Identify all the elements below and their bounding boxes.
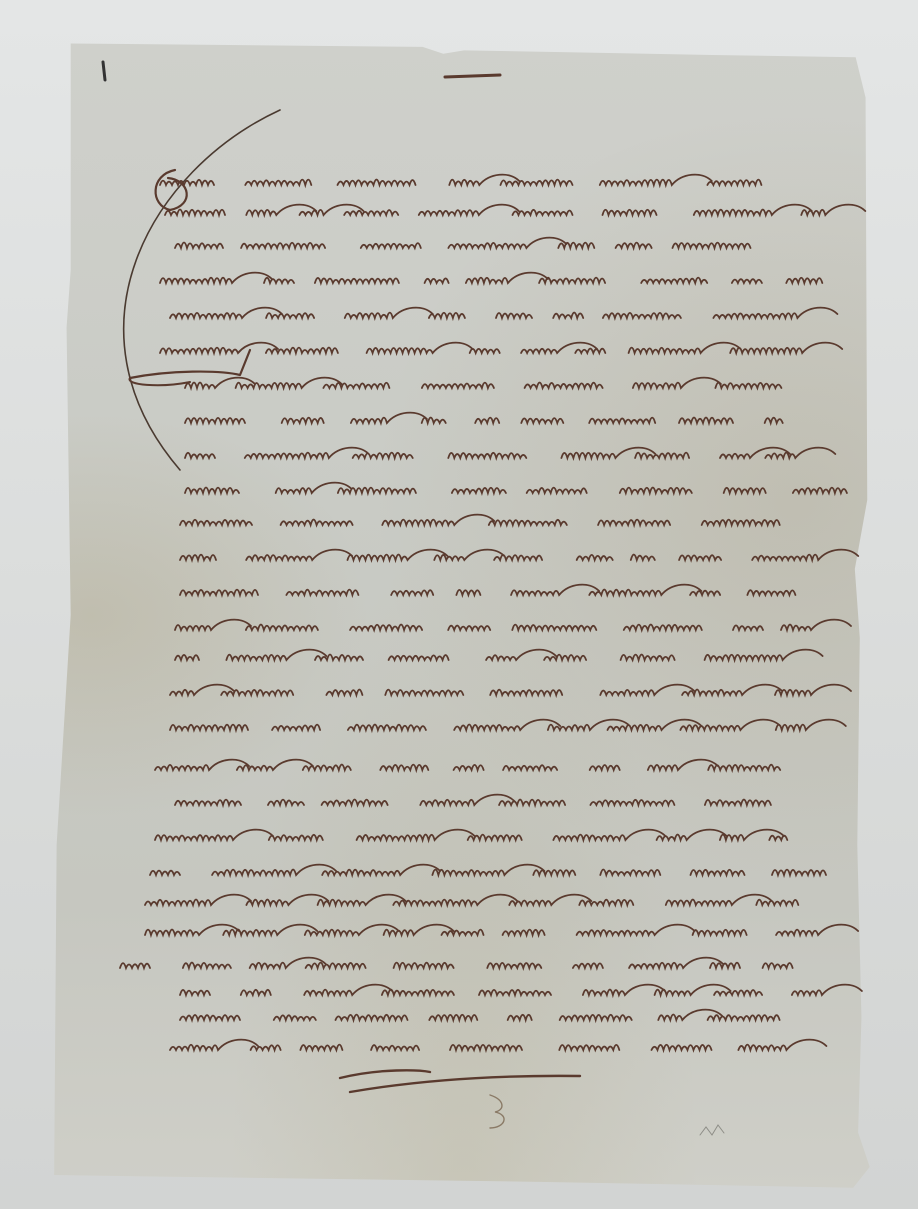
handwritten-line [170, 1040, 826, 1050]
handwritten-line [185, 483, 847, 493]
handwritten-line [170, 685, 851, 695]
ink-blot [103, 62, 105, 80]
handwritten-line [160, 343, 842, 353]
handwritten-line [185, 448, 835, 458]
handwriting-layer [0, 0, 918, 1209]
handwritten-line [180, 985, 862, 995]
closing-flourish-2 [340, 1070, 430, 1078]
handwritten-line [120, 958, 793, 968]
handwritten-line [175, 620, 851, 630]
handwritten-line [170, 720, 846, 730]
closing-flourish [350, 1076, 580, 1092]
margin-bracket [124, 110, 280, 470]
handwritten-line [155, 830, 787, 840]
handwritten-line [150, 865, 826, 875]
handwritten-line [180, 515, 780, 525]
handwritten-line [160, 175, 761, 185]
footer-mark [490, 1095, 504, 1128]
handwritten-line [180, 585, 795, 595]
handwritten-line [180, 1010, 780, 1020]
handwritten-line [180, 550, 858, 560]
handwritten-line [175, 238, 751, 248]
handwritten-line [145, 895, 798, 905]
handwritten-line [175, 650, 823, 660]
handwritten-line [160, 273, 822, 283]
header-mark [445, 75, 500, 77]
handwritten-line [185, 378, 781, 388]
handwritten-line [165, 205, 865, 215]
pencil-note [700, 1125, 724, 1135]
handwritten-line [175, 795, 771, 805]
handwritten-line [185, 413, 783, 423]
handwritten-line [145, 925, 858, 935]
initial-letter [156, 170, 187, 210]
handwritten-line [170, 308, 837, 318]
handwritten-line [155, 760, 780, 770]
